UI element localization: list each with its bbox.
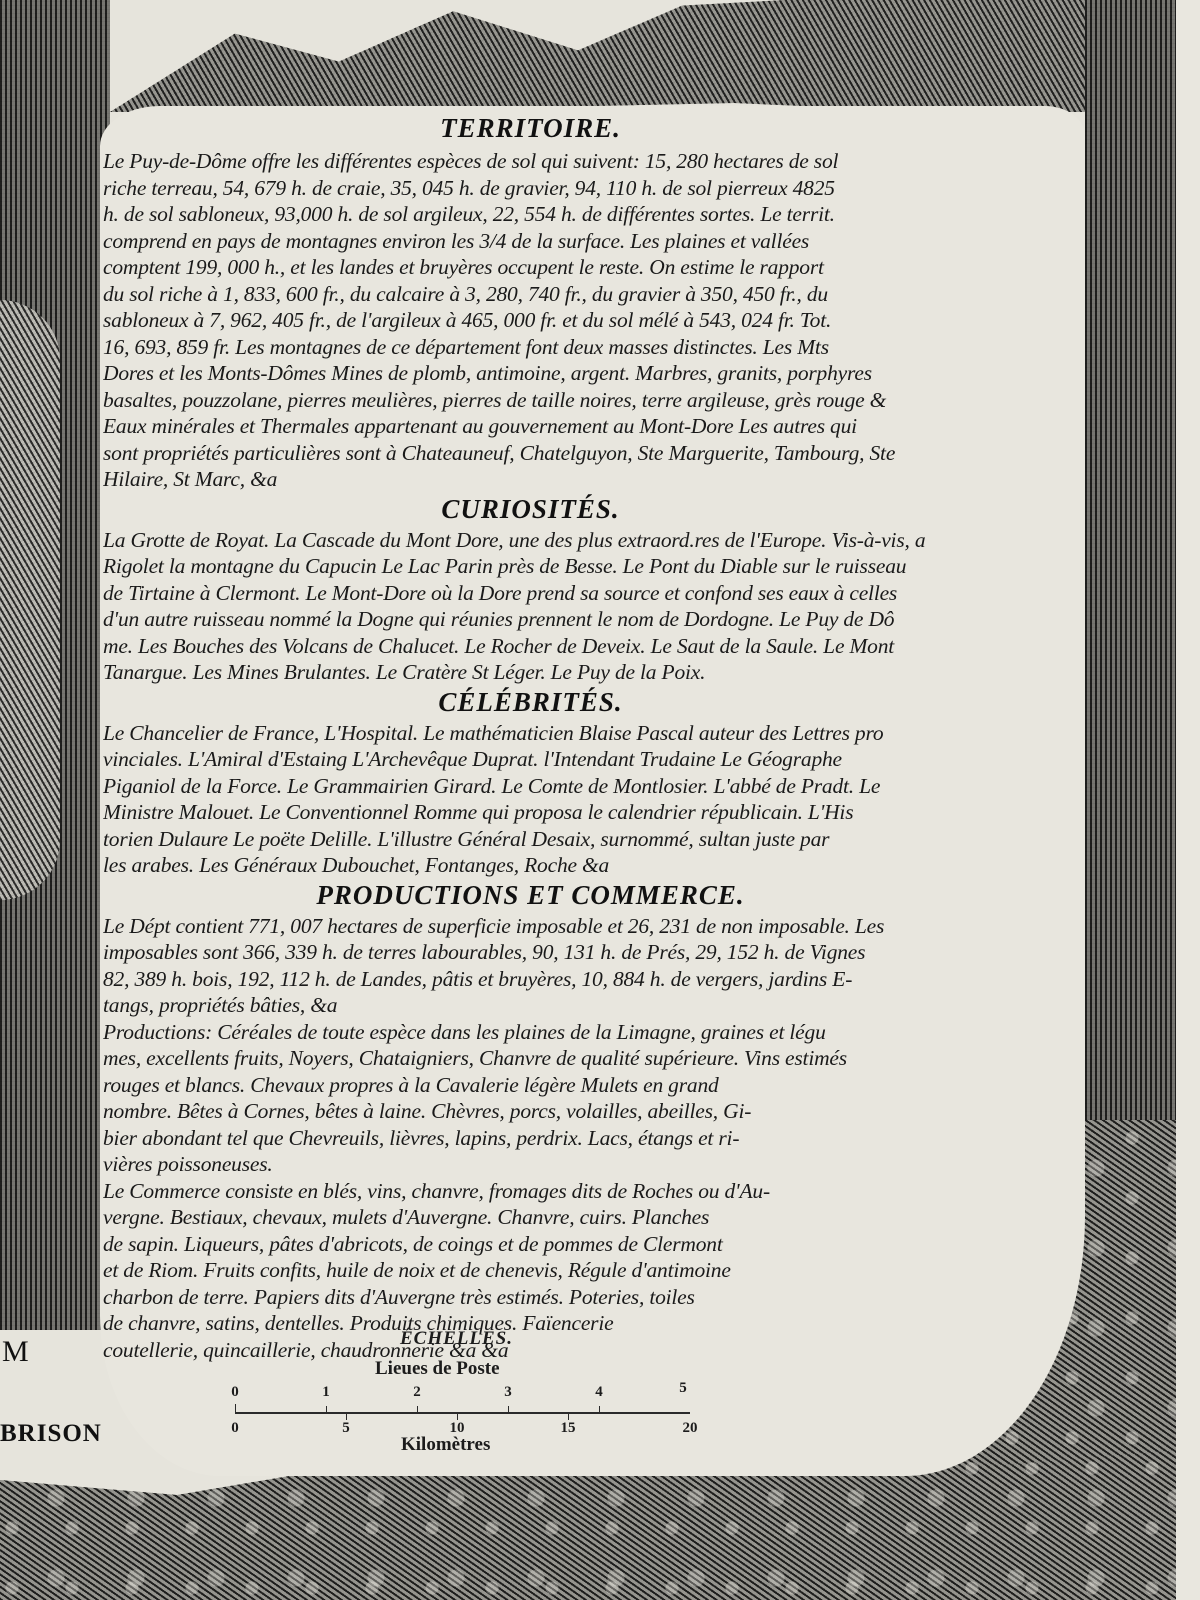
scale-tick-label: 5: [336, 1420, 356, 1437]
section-heading: TERRITOIRE.: [0, 112, 1078, 144]
text-line: de sapin. Liqueurs, pâtes d'abricots, de…: [103, 1231, 1078, 1258]
scale-title: ÉCHELLES.: [400, 1328, 513, 1350]
text-line: h. de sol sabloneux, 93,000 h. de sol ar…: [103, 201, 1078, 228]
text-line: me. Les Bouches des Volcans de Chalucet.…: [103, 633, 1078, 660]
engraved-right-tree-trunk: [1085, 0, 1177, 1200]
scale-tick: [326, 1406, 327, 1412]
scale-tick-label: 20: [680, 1420, 700, 1437]
text-line: et de Riom. Fruits confits, huile de noi…: [103, 1257, 1078, 1284]
section-heading: CURIOSITÉS.: [0, 493, 1078, 525]
scale-tick: [235, 1404, 236, 1414]
scale-bar: [235, 1412, 690, 1414]
scale-tick-label: 5: [673, 1380, 693, 1397]
scale-tick-label: 1: [316, 1384, 336, 1401]
text-line: Eaux minérales et Thermales appartenant …: [103, 413, 1078, 440]
text-line: rouges et blancs. Chevaux propres à la C…: [103, 1072, 1078, 1099]
text-line: comptent 199, 000 h., et les landes et b…: [103, 254, 1078, 281]
text-line: Le Chancelier de France, L'Hospital. Le …: [103, 720, 1078, 747]
text-line: basaltes, pouzzolane, pierres meulières,…: [103, 387, 1078, 414]
paper-margin: [1176, 0, 1200, 1600]
text-line: 16, 693, 859 fr. Les montagnes de ce dép…: [103, 334, 1078, 361]
scale-tick: [417, 1406, 418, 1412]
text-line: de chanvre, satins, dentelles. Produits …: [103, 1310, 1078, 1337]
text-line: Productions: Céréales de toute espèce da…: [103, 1019, 1078, 1046]
text-line: Piganiol de la Force. Le Grammairien Gir…: [103, 773, 1078, 800]
scale-tick-label: 0: [225, 1384, 245, 1401]
text-line: charbon de terre. Papiers dits d'Auvergn…: [103, 1284, 1078, 1311]
map-place-label: BRISON: [0, 1420, 102, 1448]
engraved-left-cliff: [0, 300, 60, 900]
text-line: La Grotte de Royat. La Cascade du Mont D…: [103, 527, 1078, 554]
scale-tick-label: 3: [498, 1384, 518, 1401]
scale-tick: [508, 1406, 509, 1412]
text-line: Ministre Malouet. Le Conventionnel Romme…: [103, 799, 1078, 826]
section-curiosites: CURIOSITÉS. La Grotte de Royat. La Casca…: [103, 493, 1078, 686]
text-line: riche terreau, 54, 679 h. de craie, 35, …: [103, 175, 1078, 202]
map-fragment-letter: M: [2, 1335, 29, 1369]
section-heading: PRODUCTIONS ET COMMERCE.: [0, 879, 1078, 911]
scale-tick-label: 2: [407, 1384, 427, 1401]
text-line: 82, 389 h. bois, 192, 112 h. de Landes, …: [103, 966, 1078, 993]
cartouche-text: TERRITOIRE. Le Puy-de-Dôme offre les dif…: [103, 112, 1078, 1363]
text-line: mes, excellents fruits, Noyers, Chataign…: [103, 1045, 1078, 1072]
text-line: comprend en pays de montagnes environ le…: [103, 228, 1078, 255]
text-line: Rigolet la montagne du Capucin Le Lac Pa…: [103, 553, 1078, 580]
text-line: de Tirtaine à Clermont. Le Mont-Dore où …: [103, 580, 1078, 607]
text-line: d'un autre ruisseau nommé la Dogne qui r…: [103, 606, 1078, 633]
text-line: Le Commerce consiste en blés, vins, chan…: [103, 1178, 1078, 1205]
text-line: Le Puy-de-Dôme offre les différentes esp…: [103, 148, 1078, 175]
scale-tick-label: 4: [589, 1384, 609, 1401]
scale-lower-unit: Kilomètres: [401, 1434, 490, 1456]
section-heading: CÉLÉBRITÉS.: [0, 686, 1078, 718]
scale-tick: [599, 1406, 600, 1412]
text-line: Le Dépt contient 771, 007 hectares de su…: [103, 913, 1078, 940]
text-line: les arabes. Les Généraux Dubouchet, Font…: [103, 852, 1078, 879]
engraved-mountain-peaks: [110, 0, 1150, 112]
text-line: imposables sont 366, 339 h. de terres la…: [103, 939, 1078, 966]
text-line: vinciales. L'Amiral d'Estaing L'Archevêq…: [103, 746, 1078, 773]
section-territoire: TERRITOIRE. Le Puy-de-Dôme offre les dif…: [103, 112, 1078, 493]
text-line: du sol riche à 1, 833, 600 fr., du calca…: [103, 281, 1078, 308]
text-line: coutellerie, quincaillerie, chaudronneri…: [103, 1337, 1078, 1364]
text-line: vières poissoneuses.: [103, 1151, 1078, 1178]
text-line: bier abondant tel que Chevreuils, lièvre…: [103, 1125, 1078, 1152]
text-line: sabloneux à 7, 962, 405 fr., de l'argile…: [103, 307, 1078, 334]
text-line: sont propriétés particulières sont à Cha…: [103, 440, 1078, 467]
text-line: tangs, propriétés bâties, &a: [103, 992, 1078, 1019]
text-line: vergne. Bestiaux, chevaux, mulets d'Auve…: [103, 1204, 1078, 1231]
scale-tick-label: 15: [558, 1420, 578, 1437]
text-line: Dores et les Monts-Dômes Mines de plomb,…: [103, 360, 1078, 387]
scale-upper-unit: Lieues de Poste: [375, 1358, 500, 1380]
text-line: nombre. Bêtes à Cornes, bêtes à laine. C…: [103, 1098, 1078, 1125]
section-productions-commerce: PRODUCTIONS ET COMMERCE. Le Dépt contien…: [103, 879, 1078, 1364]
text-line: torien Dulaure Le poëte Delille. L'illus…: [103, 826, 1078, 853]
text-line: Hilaire, St Marc, &a: [103, 466, 1078, 493]
section-celebrites: CÉLÉBRITÉS. Le Chancelier de France, L'H…: [103, 686, 1078, 879]
text-line: Tanargue. Les Mines Brulantes. Le Cratèr…: [103, 659, 1078, 686]
scale-tick-label: 0: [225, 1420, 245, 1437]
